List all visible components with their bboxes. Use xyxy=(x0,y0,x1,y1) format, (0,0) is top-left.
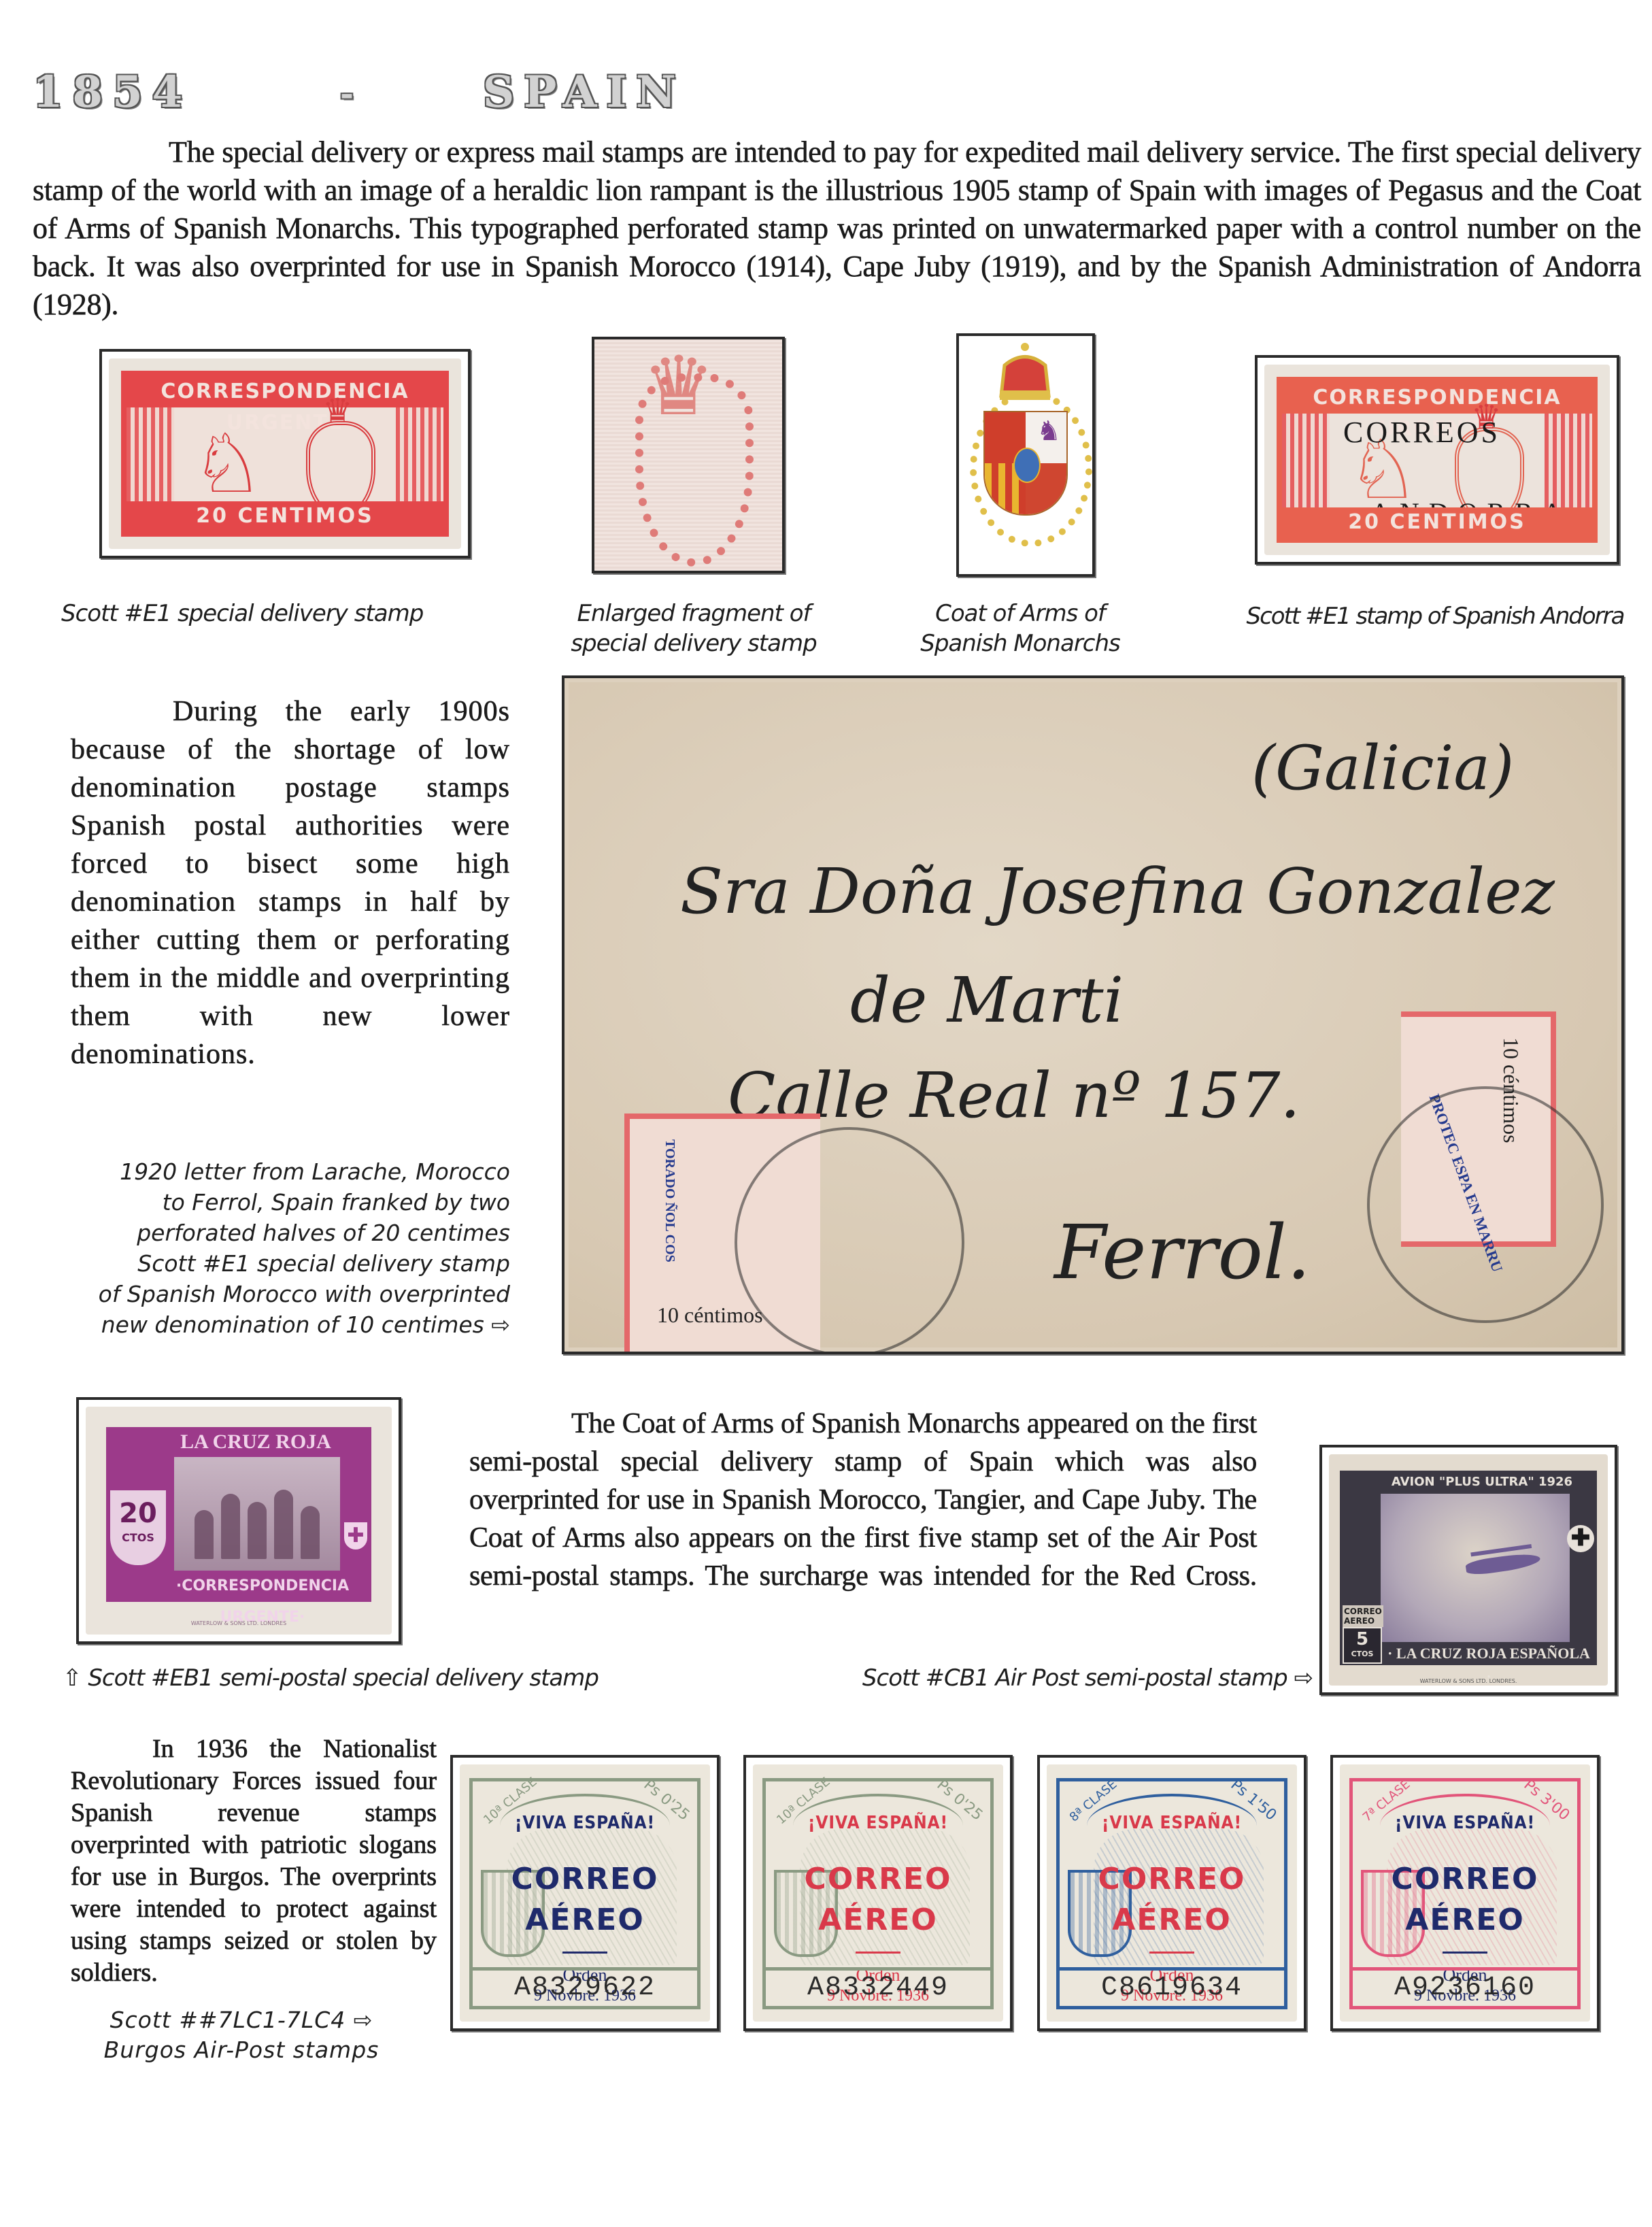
page-title-country: SPAIN xyxy=(483,67,686,118)
stamp-eb1-top-text: LA CRUZ ROJA ESPAÑOLA xyxy=(167,1427,344,1457)
cover-caption: 1920 letter from Larache, Morocco to Fer… xyxy=(75,1156,510,1340)
royal-family-photo xyxy=(174,1457,340,1571)
postmark-left xyxy=(735,1127,964,1354)
stamp-eb1-value: 20 CTOS xyxy=(110,1490,166,1565)
overprint-rule xyxy=(856,1952,900,1954)
overprint-aereo: AÉREO xyxy=(766,1903,990,1937)
caption-cb1: Scott #CB1 Air Post semi-postal stamp ⇨ xyxy=(796,1663,1313,1693)
stamp-andorra-top-text: CORRESPONDENCIA URGENTE xyxy=(1282,382,1592,414)
arrow-right-icon: ⇨ xyxy=(354,2007,373,2033)
stamp-cb1-bottom-text: · LA CRUZ ROJA ESPAÑOLA · xyxy=(1387,1642,1590,1665)
address-line-1: Sra Doña Josefina Gonzalez xyxy=(680,855,1555,928)
arrow-up-icon: ⇧ xyxy=(63,1664,82,1692)
stamp-eb1: LA CRUZ ROJA ESPAÑOLA 20 CTOS ✚ ·CORRESP… xyxy=(76,1397,401,1644)
postmark-right xyxy=(1367,1086,1604,1323)
stamp-cb1-top-text: AVION "PLUS ULTRA" 1926 xyxy=(1387,1471,1577,1494)
stamp-burgos-4: 7ª CLASE Ps 3'00 ¡VIVA ESPAÑA! CORREO AÉ… xyxy=(1330,1755,1600,2031)
stamp-cb1-correo: CORREO AEREO xyxy=(1343,1605,1383,1627)
stamp-e1-value: 20 CENTIMOS xyxy=(127,501,443,531)
red-cross-icon: ✚ xyxy=(1567,1525,1594,1552)
overprint-correos: CORREOS xyxy=(1343,415,1500,450)
control-number: A8332449 xyxy=(766,1973,990,2003)
seaplane-icon xyxy=(1465,1551,1541,1576)
overprint-viva-espana: ¡VIVA ESPAÑA! xyxy=(484,1813,686,1833)
control-number: A9236160 xyxy=(1353,1973,1577,2003)
overprint-correo: CORREO xyxy=(473,1862,697,1896)
stamp-eb1-bottom-text: ·CORRESPONDENCIA URGENTE· xyxy=(167,1571,358,1602)
page-title-year: 1854 xyxy=(33,67,192,118)
burgos-caption: Scott ##7LC1-7LC4 ⇨ Burgos Air-Post stam… xyxy=(75,2005,408,2065)
overprint-rule xyxy=(562,1952,607,1954)
middle-paragraph: The Coat of Arms of Spanish Monarchs app… xyxy=(469,1405,1257,1595)
address-region: (Galicia) xyxy=(1251,733,1514,804)
caption-eb1: ⇧ Scott #EB1 semi-postal special deliver… xyxy=(63,1663,675,1693)
caption-fragment: Enlarged fragment of special delivery st… xyxy=(524,599,864,658)
stamp-andorra-value: 20 CENTIMOS xyxy=(1282,507,1592,537)
overprint-aereo: AÉREO xyxy=(473,1903,697,1937)
stamp-burgos-3: 8ª CLASE Ps 1'50 ¡VIVA ESPAÑA! CORREO AÉ… xyxy=(1037,1755,1307,2031)
coat-of-arms-image: ♞ xyxy=(956,333,1095,577)
arrow-right-icon: ⇨ xyxy=(1294,1664,1313,1692)
address-line-2: de Marti xyxy=(850,964,1124,1037)
red-cross-icon: ✚ xyxy=(344,1522,367,1550)
shield-icon: ♞ xyxy=(983,411,1068,516)
overprint-correo: CORREO xyxy=(766,1862,990,1896)
overprint-viva-espana: ¡VIVA ESPAÑA! xyxy=(777,1813,979,1833)
page-title-separator: - xyxy=(340,75,363,113)
caption-coat-of-arms: Coat of Arms of Spanish Monarchs xyxy=(877,599,1163,658)
overprint-viva-espana: ¡VIVA ESPAÑA! xyxy=(1071,1813,1273,1833)
overprint-viva-espana: ¡VIVA ESPAÑA! xyxy=(1364,1813,1566,1833)
intro-paragraph: The special delivery or express mail sta… xyxy=(33,133,1641,324)
stamp-cb1-value: 5 CTOS xyxy=(1343,1627,1382,1664)
lion-rampant-icon: ♞ xyxy=(1036,418,1061,445)
caption-e1: Scott #E1 special delivery stamp xyxy=(61,599,496,629)
address-city: Ferrol. xyxy=(1054,1209,1311,1296)
cover-envelope: (Galicia) Sra Doña Josefina Gonzalez de … xyxy=(562,675,1624,1354)
seaplane-scene xyxy=(1381,1494,1570,1642)
stamp-e1-andorra: CORRESPONDENCIA URGENTE ♘ CORREOS ANDORR… xyxy=(1255,355,1619,565)
arrow-right-icon: ⇨ xyxy=(491,1311,510,1338)
overprint-correo: CORREO xyxy=(1060,1862,1284,1896)
pegasus-icon: ♘ xyxy=(191,424,265,505)
overprint-aereo: AÉREO xyxy=(1060,1903,1284,1937)
overprint-aereo: AÉREO xyxy=(1353,1903,1577,1937)
stamp-burgos-2: 10ª CLASE Ps 0'25 ¡VIVA ESPAÑA! CORREO A… xyxy=(743,1755,1013,2031)
burgos-paragraph: In 1936 the Nationalist Revolutionary Fo… xyxy=(71,1733,437,1989)
stamp-burgos-1: 10ª CLASE Ps 0'25 ¡VIVA ESPAÑA! CORREO A… xyxy=(450,1755,720,2031)
overprint-correo: CORREO xyxy=(1353,1862,1577,1896)
stamp-cb1: AVION "PLUS ULTRA" 1926 ✚ CORREO AEREO 5… xyxy=(1319,1445,1617,1695)
control-number: C8619634 xyxy=(1060,1973,1284,2003)
overprint-rule xyxy=(1149,1952,1194,1954)
stamp-e1-top-text: CORRESPONDENCIA URGENTE xyxy=(127,376,443,407)
stamp-e1: CORRESPONDENCIA URGENTE ♘ 20 CENTIMOS xyxy=(99,349,471,558)
bisect-paragraph: During the early 1900s because of the sh… xyxy=(71,692,510,1073)
overprint-rule xyxy=(1443,1952,1487,1954)
caption-andorra: Scott #E1 stamp of Spanish Andorra xyxy=(1224,601,1646,631)
control-number: A8329622 xyxy=(473,1973,697,2003)
crest-icon xyxy=(635,373,754,567)
enlarged-fragment-image: ♛ xyxy=(592,337,785,573)
